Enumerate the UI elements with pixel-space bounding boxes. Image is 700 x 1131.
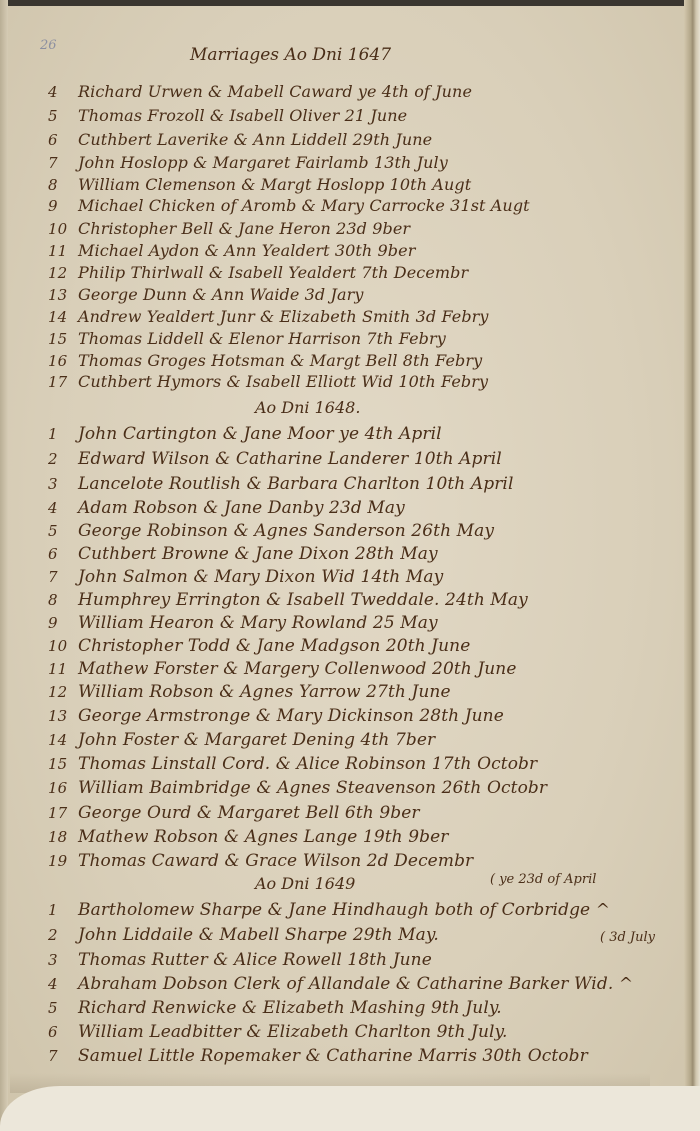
entry-number: 1 (48, 425, 78, 443)
entry-row: 7John Salmon & Mary Dixon Wid 14th May (48, 567, 443, 587)
entry-text: John Foster & Margaret Dening 4th 7ber (78, 730, 435, 750)
entry-row: 6Cuthbert Laverike & Ann Liddell 29th Ju… (48, 130, 432, 149)
entry-text: William Leadbitter & Elizabeth Charlton … (78, 1022, 508, 1042)
entry-text: Christopher Todd & Jane Madgson 20th Jun… (78, 636, 470, 656)
entry-text: John Hoslopp & Margaret Fairlamb 13th Ju… (78, 153, 448, 172)
entry-text: Mathew Forster & Margery Collenwood 20th… (78, 659, 517, 679)
entry-number: 3 (48, 475, 78, 493)
entry-row: 14John Foster & Margaret Dening 4th 7ber (48, 730, 435, 750)
entry-text: Thomas Rutter & Alice Rowell 18th June (78, 950, 432, 970)
entry-row: 9Michael Chicken of Aromb & Mary Carrock… (48, 196, 530, 215)
entry-row: 17Cuthbert Hymors & Isabell Elliott Wid … (48, 372, 488, 391)
entry-number: 17 (48, 373, 78, 391)
margin-note: ( 3d July (600, 930, 655, 945)
entry-number: 5 (48, 522, 78, 540)
entry-text: Thomas Frozoll & Isabell Oliver 21 June (78, 106, 407, 125)
entry-text: Abraham Dobson Clerk of Allandale & Cath… (78, 974, 633, 994)
entry-row: 7John Hoslopp & Margaret Fairlamb 13th J… (48, 153, 448, 172)
page-top-edge (0, 0, 700, 6)
entry-number: 15 (48, 330, 78, 348)
entry-row: 3Lancelote Routlish & Barbara Charlton 1… (48, 474, 514, 494)
entry-number: 7 (48, 568, 78, 586)
book-gutter (684, 0, 700, 1131)
entry-number: 16 (48, 352, 78, 370)
entry-text: William Robson & Agnes Yarrow 27th June (78, 682, 451, 702)
entry-text: Edward Wilson & Catharine Landerer 10th … (78, 449, 502, 469)
entry-row: 4Abraham Dobson Clerk of Allandale & Cat… (48, 974, 633, 994)
entry-row: 18Mathew Robson & Agnes Lange 19th 9ber (48, 827, 449, 847)
entry-row: 11Michael Aydon & Ann Yealdert 30th 9ber (48, 241, 415, 260)
entry-text: Humphrey Errington & Isabell Tweddale. 2… (78, 590, 528, 610)
entry-text: Mathew Robson & Agnes Lange 19th 9ber (78, 827, 449, 847)
page-bottom-curl (0, 1086, 700, 1131)
entry-text: Philip Thirlwall & Isabell Yealdert 7th … (78, 263, 468, 282)
entry-number: 15 (48, 755, 78, 773)
entry-number: 1 (48, 901, 78, 919)
entry-number: 11 (48, 242, 78, 260)
entry-text: Samuel Little Ropemaker & Catharine Marr… (78, 1046, 588, 1066)
entry-row: 12Philip Thirlwall & Isabell Yealdert 7t… (48, 263, 468, 282)
entry-row: 8Humphrey Errington & Isabell Tweddale. … (48, 590, 528, 610)
entry-row: 2John Liddaile & Mabell Sharpe 29th May. (48, 925, 439, 945)
entry-row: 9William Hearon & Mary Rowland 25 May (48, 613, 438, 633)
entry-text: Thomas Groges Hotsman & Margt Bell 8th F… (78, 351, 482, 370)
entry-row: 15Thomas Liddell & Elenor Harrison 7th F… (48, 329, 446, 348)
entry-row: 5George Robinson & Agnes Sanderson 26th … (48, 521, 494, 541)
entry-number: 8 (48, 591, 78, 609)
section-heading-1648: Ao Dni 1648. (255, 398, 360, 417)
entry-number: 4 (48, 83, 78, 101)
entry-number: 6 (48, 545, 78, 563)
entry-number: 10 (48, 220, 78, 238)
entry-row: 8William Clemenson & Margt Hoslopp 10th … (48, 175, 471, 194)
entry-row: 12William Robson & Agnes Yarrow 27th Jun… (48, 682, 451, 702)
entry-number: 2 (48, 450, 78, 468)
entry-text: Richard Urwen & Mabell Caward ye 4th of … (78, 82, 472, 101)
entry-row: 10Christopher Todd & Jane Madgson 20th J… (48, 636, 470, 656)
entry-number: 6 (48, 131, 78, 149)
entry-row: 10Christopher Bell & Jane Heron 23d 9ber (48, 219, 410, 238)
entry-text: Thomas Liddell & Elenor Harrison 7th Feb… (78, 329, 446, 348)
entry-number: 13 (48, 286, 78, 304)
entry-number: 7 (48, 154, 78, 172)
entry-row: 6Cuthbert Browne & Jane Dixon 28th May (48, 544, 438, 564)
entry-text: Thomas Linstall Cord. & Alice Robinson 1… (78, 754, 537, 774)
entry-row: 17George Ourd & Margaret Bell 6th 9ber (48, 803, 420, 823)
entry-row: 11Mathew Forster & Margery Collenwood 20… (48, 659, 517, 679)
entry-row: 1John Cartington & Jane Moor ye 4th Apri… (48, 424, 442, 444)
entry-row: 15Thomas Linstall Cord. & Alice Robinson… (48, 754, 537, 774)
entry-row: 14Andrew Yealdert Junr & Elizabeth Smith… (48, 307, 489, 326)
folio-number: 26 (40, 38, 57, 53)
entry-row: 5Richard Renwicke & Elizabeth Mashing 9t… (48, 998, 502, 1018)
entry-text: Cuthbert Hymors & Isabell Elliott Wid 10… (78, 372, 488, 391)
entry-row: 6William Leadbitter & Elizabeth Charlton… (48, 1022, 508, 1042)
entry-number: 9 (48, 197, 78, 215)
entry-text: George Robinson & Agnes Sanderson 26th M… (78, 521, 494, 541)
entry-text: Adam Robson & Jane Danby 23d May (78, 498, 405, 518)
entry-number: 12 (48, 264, 78, 282)
entry-row: 5Thomas Frozoll & Isabell Oliver 21 June (48, 106, 407, 125)
entry-number: 5 (48, 107, 78, 125)
margin-note: ( ye 23d of April (490, 872, 596, 887)
entry-text: George Dunn & Ann Waide 3d Jary (78, 285, 364, 304)
section-heading-1647: Marriages Ao Dni 1647 (190, 45, 391, 65)
entry-number: 7 (48, 1047, 78, 1065)
entry-number: 19 (48, 852, 78, 870)
entry-row: 7Samuel Little Ropemaker & Catharine Mar… (48, 1046, 588, 1066)
entry-text: Cuthbert Laverike & Ann Liddell 29th Jun… (78, 130, 432, 149)
entry-text: George Ourd & Margaret Bell 6th 9ber (78, 803, 420, 823)
entry-row: 4Adam Robson & Jane Danby 23d May (48, 498, 405, 518)
entry-row: 4Richard Urwen & Mabell Caward ye 4th of… (48, 82, 472, 101)
entry-row: 13George Armstronge & Mary Dickinson 28t… (48, 706, 504, 726)
entry-number: 11 (48, 660, 78, 678)
entry-text: John Liddaile & Mabell Sharpe 29th May. (78, 925, 439, 945)
entry-number: 13 (48, 707, 78, 725)
entry-row: 2Edward Wilson & Catharine Landerer 10th… (48, 449, 502, 469)
entry-number: 2 (48, 926, 78, 944)
entry-number: 3 (48, 951, 78, 969)
entry-row: 19Thomas Caward & Grace Wilson 2d Decemb… (48, 851, 473, 871)
entry-text: William Baimbridge & Agnes Steavenson 26… (78, 778, 547, 798)
entry-number: 17 (48, 804, 78, 822)
entry-row: 16Thomas Groges Hotsman & Margt Bell 8th… (48, 351, 482, 370)
entry-number: 4 (48, 499, 78, 517)
entry-text: Michael Chicken of Aromb & Mary Carrocke… (78, 196, 530, 215)
entry-text: Richard Renwicke & Elizabeth Mashing 9th… (78, 998, 502, 1018)
page-left-edge (0, 0, 8, 1131)
entry-text: William Clemenson & Margt Hoslopp 10th A… (78, 175, 471, 194)
entry-text: Andrew Yealdert Junr & Elizabeth Smith 3… (78, 307, 489, 326)
entry-number: 8 (48, 176, 78, 194)
entry-number: 12 (48, 683, 78, 701)
entry-number: 10 (48, 637, 78, 655)
entry-text: Bartholomew Sharpe & Jane Hindhaugh both… (78, 900, 610, 920)
entry-number: 4 (48, 975, 78, 993)
entry-number: 14 (48, 731, 78, 749)
section-heading-1649: Ao Dni 1649 (255, 874, 355, 893)
entry-text: John Cartington & Jane Moor ye 4th April (78, 424, 442, 444)
entry-row: 13George Dunn & Ann Waide 3d Jary (48, 285, 364, 304)
entry-text: Christopher Bell & Jane Heron 23d 9ber (78, 219, 410, 238)
entry-number: 16 (48, 779, 78, 797)
manuscript-page: 26 Marriages Ao Dni 1647 4Richard Urwen … (0, 0, 700, 1131)
entry-number: 6 (48, 1023, 78, 1041)
entry-number: 18 (48, 828, 78, 846)
entry-number: 9 (48, 614, 78, 632)
entry-number: 5 (48, 999, 78, 1017)
entry-text: Thomas Caward & Grace Wilson 2d Decembr (78, 851, 473, 871)
entry-text: John Salmon & Mary Dixon Wid 14th May (78, 567, 443, 587)
entry-row: 16William Baimbridge & Agnes Steavenson … (48, 778, 547, 798)
entry-text: George Armstronge & Mary Dickinson 28th … (78, 706, 504, 726)
entry-number: 14 (48, 308, 78, 326)
entry-text: Lancelote Routlish & Barbara Charlton 10… (78, 474, 514, 494)
entry-text: Cuthbert Browne & Jane Dixon 28th May (78, 544, 438, 564)
entry-text: Michael Aydon & Ann Yealdert 30th 9ber (78, 241, 415, 260)
entry-row: 3Thomas Rutter & Alice Rowell 18th June (48, 950, 432, 970)
entry-row: 1Bartholomew Sharpe & Jane Hindhaugh bot… (48, 900, 610, 920)
entry-text: William Hearon & Mary Rowland 25 May (78, 613, 438, 633)
